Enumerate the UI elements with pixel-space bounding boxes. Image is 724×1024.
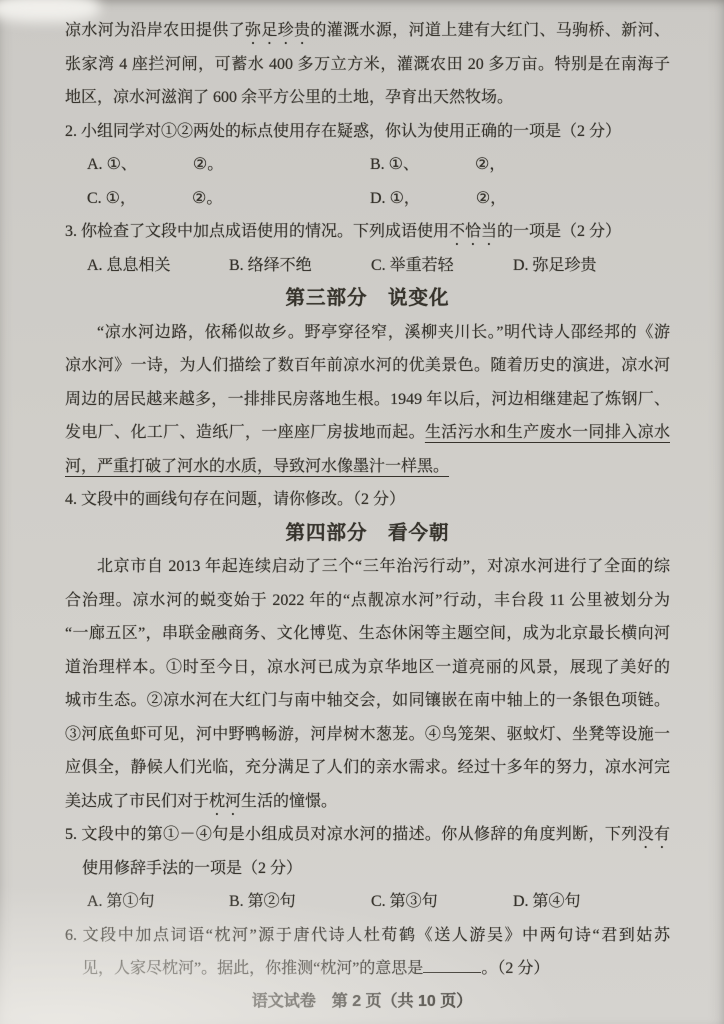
option-b: B. 络绎不绝	[229, 249, 371, 283]
paragraph-line: 合治理。凉水河的蜕变始于 2022 年的“点靓凉水河”行动，丰台段 11 公里被…	[65, 584, 670, 618]
emphasized-text: 弥足珍贵	[245, 22, 310, 39]
page-content: 凉水河为沿岸农田提供了弥足珍贵的灌溉水源，河道上建有大红门、马驹桥、新河、 张家…	[65, 14, 670, 986]
paragraph-line: 河，严重打破了河水的水质，导致河水像墨汁一样黑。	[65, 450, 670, 484]
paragraph-line: 地区，凉水河滋润了 600 余平方公里的土地，孕育出天然牧场。	[65, 81, 670, 115]
paragraph-line: 应俱全，静候人们光临，充分满足了人们的亲水需求。经过十多年的努力，凉水河完	[65, 751, 670, 785]
question-5-stem-line-2: 使用修辞手法的一项是（2 分）	[65, 852, 670, 886]
question-2-options-row-2: C. ①，②。 D. ①，②，	[65, 182, 670, 216]
emphasized-text: 没有	[638, 826, 670, 843]
paragraph-line: 凉水河》一诗，为人们描绘了数百年前凉水河的优美景色。随着历史的演进，凉水河	[65, 349, 670, 383]
option-d: D. 弥足珍贵	[513, 249, 597, 283]
paragraph-text: 的灌溉水源，河道上建有大红门、马驹桥、新河、	[310, 22, 670, 39]
option-b: B. ①、②，	[370, 148, 670, 182]
question-5-options: A. 第①句 B. 第②句 C. 第③句 D. 第④句	[65, 885, 670, 919]
option-a: A. ①、②。	[87, 148, 370, 182]
option-a: A. 息息相关	[87, 249, 229, 283]
page-footer: 语文试卷 第 2 页（共 10 页）	[0, 988, 724, 1011]
question-4-stem: 4. 文段中的画线句存在问题，请你修改。（2 分）	[65, 483, 670, 517]
option-c: C. 第③句	[371, 885, 513, 919]
paragraph-text: 凉水河为沿岸农田提供了	[65, 22, 245, 39]
answer-blank	[423, 956, 481, 973]
question-3-options: A. 息息相关 B. 络绎不绝 C. 举重若轻 D. 弥足珍贵	[65, 249, 670, 283]
emphasized-text: 枕河	[209, 793, 241, 810]
paragraph-line: “凉水河边路，依稀似故乡。野亭穿径窄，溪柳夹川长。”明代诗人邵经邦的《游	[65, 316, 670, 350]
option-c: C. ①，②。	[87, 182, 370, 216]
option-d: D. ①，②，	[370, 182, 670, 216]
question-2-options-row-1: A. ①、②。 B. ①、②，	[65, 148, 670, 182]
paragraph-line: 发电厂、化工厂、造纸厂，一座座厂房拔地而起。生活污水和生产废水一同排入凉水	[65, 416, 670, 450]
question-5-stem-line-1: 5. 文段中的第①－④句是小组成员对凉水河的描述。你从修辞的角度判断，下列没有	[65, 818, 670, 852]
paragraph-line: 道治理样本。①时至今日，凉水河已成为京华地区一道亮丽的风景，展现了美好的	[65, 651, 670, 685]
paragraph-line: 凉水河为沿岸农田提供了弥足珍贵的灌溉水源，河道上建有大红门、马驹桥、新河、	[65, 14, 670, 48]
question-6-stem-line-2: 见，人家尽枕河”。据此，你推测“枕河”的意思是。（2 分）	[65, 952, 670, 986]
paragraph-line: ③河底鱼虾可见，河中野鸭畅游，河岸树木葱茏。④鸟笼架、驱蚊灯、坐凳等设施一	[65, 718, 670, 752]
paragraph-line: 北京市自 2013 年起连续启动了三个“三年治污行动”，对凉水河进行了全面的综	[65, 550, 670, 584]
question-6-stem-line-1: 6. 文段中加点词语“枕河”源于唐代诗人杜荀鹤《送人游吴》中两句诗“君到姑苏	[65, 919, 670, 953]
option-a: A. 第①句	[87, 885, 229, 919]
option-c: C. 举重若轻	[371, 249, 513, 283]
option-b: B. 第②句	[229, 885, 371, 919]
paragraph-line: 张家湾 4 座拦河闸，可蓄水 400 多万立方米，灌溉农田 20 多万亩。特别是…	[65, 48, 670, 82]
question-3-stem: 3. 你检查了文段中加点成语使用的情况。下列成语使用不恰当的一项是（2 分）	[65, 215, 670, 249]
section-heading-4: 第四部分 看今朝	[65, 517, 670, 551]
paragraph-line: 城市生态。②凉水河在大红门与南中轴交会，如同镶嵌在南中轴上的一条银色项链。	[65, 684, 670, 718]
underlined-text: 河，严重打破了河水的水质，导致河水像墨汁一样黑。	[65, 458, 449, 475]
paragraph-line: 周边的居民越来越多，一排排民房落地生根。1949 年以后，河边相继建起了炼钢厂、	[65, 383, 670, 417]
question-2-stem: 2. 小组同学对①②两处的标点使用存在疑惑，你认为使用正确的一项是（2 分）	[65, 115, 670, 149]
paragraph-line: 美达成了市民们对于枕河生活的憧憬。	[65, 785, 670, 819]
exam-paper-page: 凉水河为沿岸农田提供了弥足珍贵的灌溉水源，河道上建有大红门、马驹桥、新河、 张家…	[0, 0, 724, 1024]
emphasized-text: 不恰当	[449, 223, 497, 240]
option-d: D. 第④句	[513, 885, 581, 919]
section-heading-3: 第三部分 说变化	[65, 282, 670, 316]
paragraph-line: “一廊五区”，串联金融商务、文化博览、生态休闲等主题空间，成为北京最长横向河	[65, 617, 670, 651]
underlined-text: 生活污水和生产废水一同排入凉水	[425, 424, 670, 441]
